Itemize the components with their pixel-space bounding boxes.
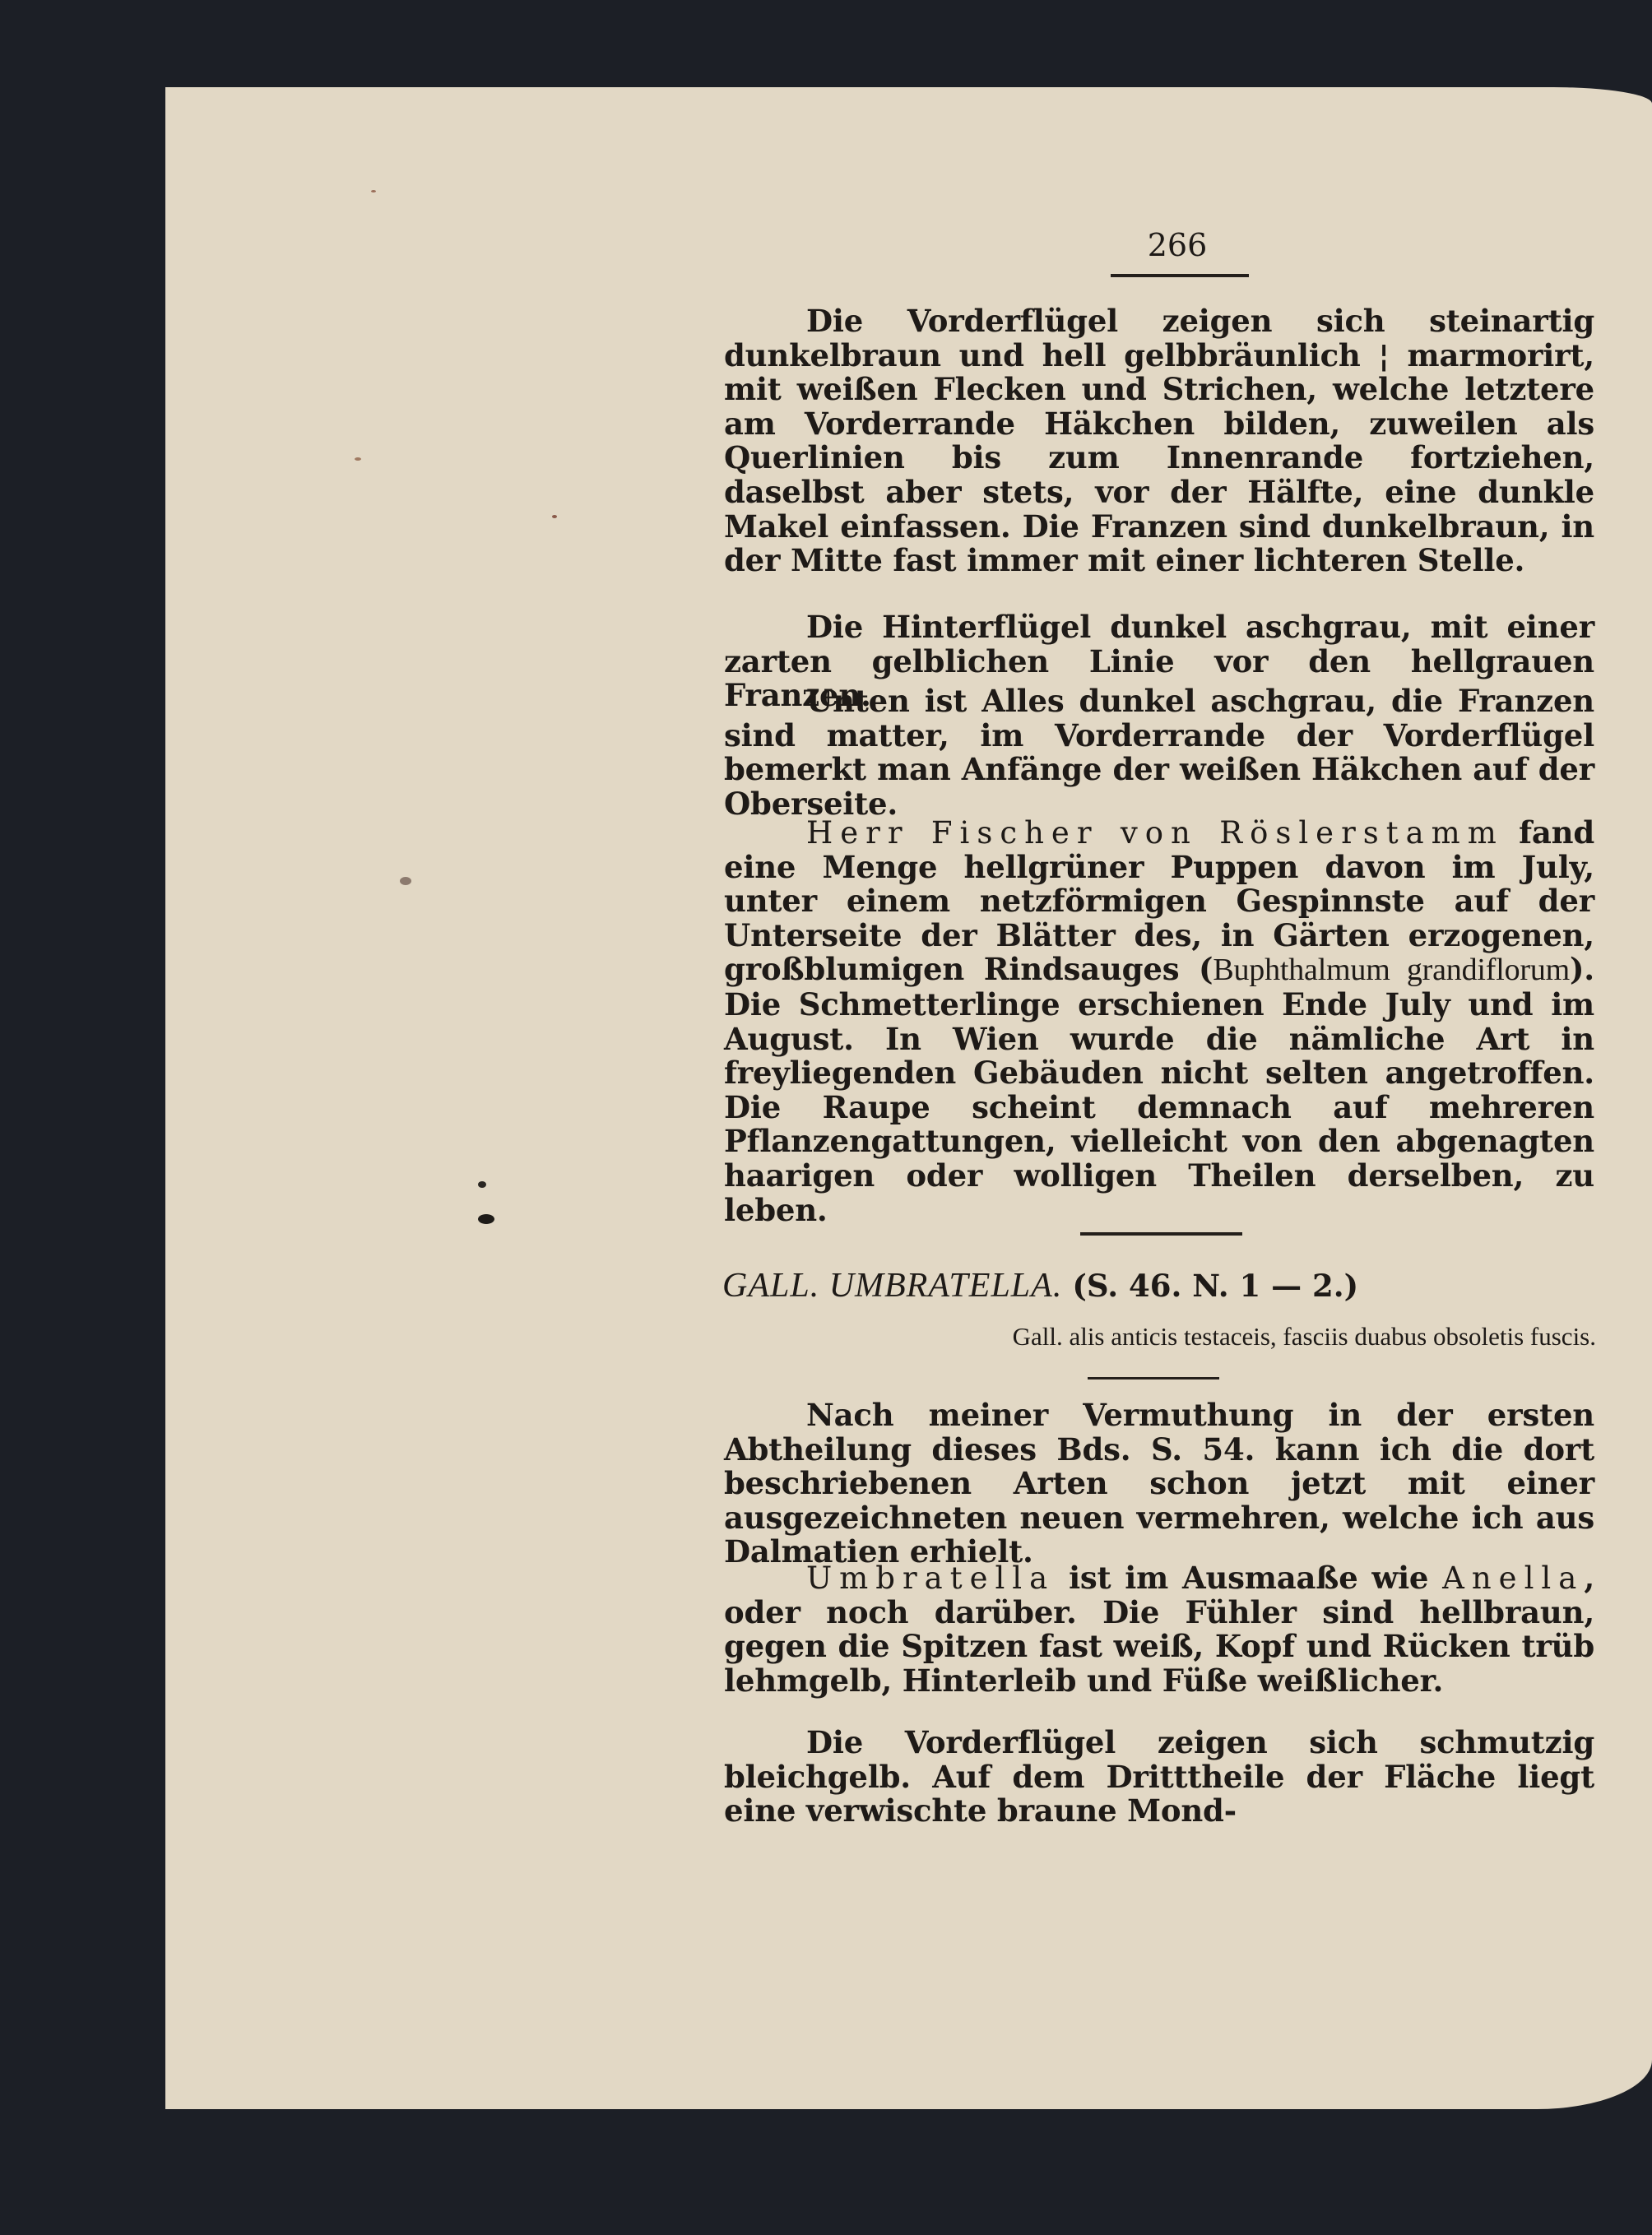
latin-plant-name: Buphthalmum grandiflorum — [1213, 953, 1570, 987]
species-name-spaced: Umbratella — [806, 1560, 1055, 1596]
species-name-spaced: Anella — [1442, 1560, 1584, 1596]
paragraph-fischer: Herr Fischer von Röslerstamm fand eine M… — [724, 816, 1594, 1227]
paragraph-intro: Nach meiner Vermuthung in der ersten Abt… — [724, 1398, 1594, 1570]
latin-diagnosis: Gall. alis anticis testaceis, fasciis du… — [749, 1320, 1596, 1353]
paragraph-text: ist im Ausmaaße wie — [1055, 1560, 1442, 1596]
species-reference: (S. 46. N. 1 — 2.) — [1072, 1268, 1358, 1304]
paragraph-underside: Unten ist Alles dunkel aschgrau, die Fra… — [724, 684, 1594, 821]
section-divider — [1080, 1232, 1242, 1236]
paper-speck — [552, 515, 557, 518]
diagnosis-divider — [1088, 1377, 1219, 1379]
species-name: GALL. UMBRATELLA. — [722, 1267, 1062, 1305]
paragraph-forewings: Die Vorderflügel zeigen sich steinartig … — [724, 304, 1594, 578]
paper-speck — [355, 457, 361, 461]
page-number-rule — [1111, 274, 1249, 277]
paragraph-text: ). Die Schmetterlinge erschienen Ende Ju… — [724, 951, 1594, 1227]
paragraph-forewings-umbratella: Die Vorderflügel zeigen sich schmutzig b… — [724, 1726, 1594, 1829]
paper-speck — [400, 877, 411, 885]
paragraph-text: Unten ist Alles dunkel aschgrau, die Fra… — [724, 683, 1594, 822]
paper-speck — [478, 1181, 486, 1188]
paragraph-umbratella: Umbratella ist im Ausmaaße wie Anella, o… — [724, 1561, 1594, 1698]
page-number: 266 — [1107, 227, 1247, 263]
species-heading: GALL. UMBRATELLA.(S. 46. N. 1 — 2.) — [722, 1265, 1594, 1306]
person-name: Herr Fischer von Röslerstamm — [806, 815, 1504, 851]
paragraph-text: Die Vorderflügel zeigen sich steinartig … — [724, 303, 1594, 578]
paragraph-text: Die Vorderflügel zeigen sich schmutzig b… — [724, 1724, 1594, 1829]
paper-speck — [371, 190, 376, 192]
paragraph-text: Nach meiner Vermuthung in der ersten Abt… — [724, 1397, 1594, 1570]
paper-speck — [478, 1214, 494, 1224]
